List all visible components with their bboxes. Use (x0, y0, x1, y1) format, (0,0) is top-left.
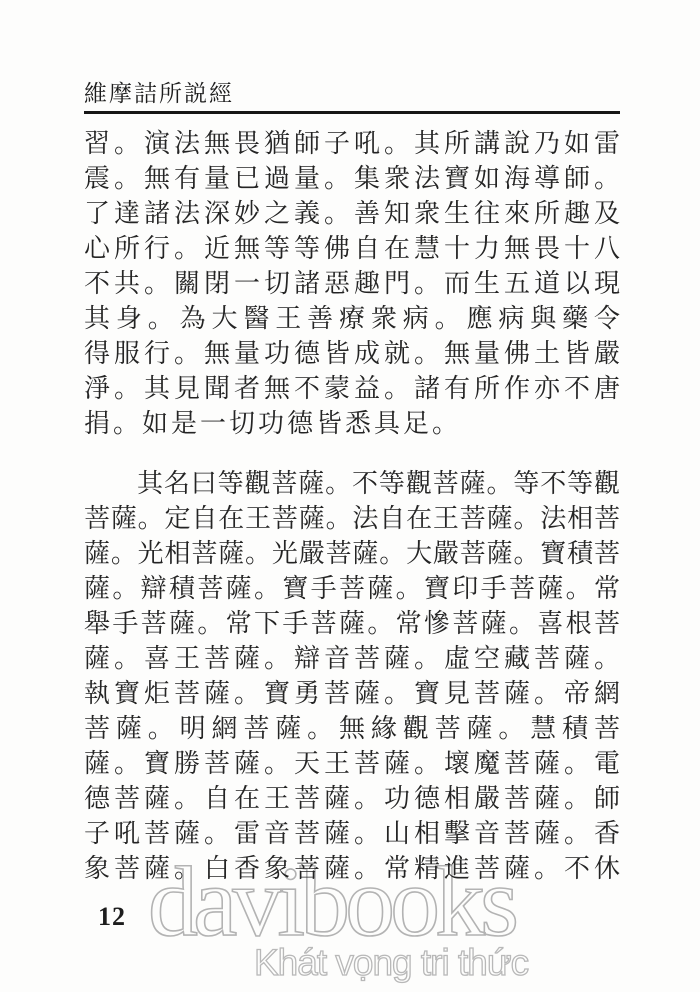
text-line: 菩薩。定自在王菩薩。法自在王菩薩。法相菩 (84, 501, 620, 536)
text-line: 象菩薩。白香象菩薩。常精進菩薩。不休 (84, 851, 620, 886)
running-header-title: 維摩詰所説經 (84, 80, 620, 114)
text-line: 不共。關閉一切諸惡趣門。而生五道以現 (84, 266, 620, 301)
text-line: 菩薩。明網菩薩。無緣觀菩薩。慧積菩 (84, 711, 620, 746)
text-line: 其身。為大醫王善療衆病。應病與藥令 (84, 301, 620, 336)
text-line: 習。演法無畏猶師子吼。其所講說乃如雷 (84, 126, 620, 161)
text-line: 捐。如是一切功德皆悉具足。 (84, 406, 620, 441)
text-line: 執寶炬菩薩。寶勇菩薩。寶見菩薩。帝網 (84, 676, 620, 711)
page-number: 12 (98, 902, 126, 932)
paragraph-1: 習。演法無畏猶師子吼。其所講說乃如雷 震。無有量已過量。集衆法寶如海導師。 了達… (84, 126, 620, 441)
text-line: 薩。喜王菩薩。辯音菩薩。虛空藏菩薩。 (84, 641, 620, 676)
text-line: 舉手菩薩。常下手菩薩。常慘菩薩。喜根菩 (84, 606, 620, 641)
body-text: 習。演法無畏猶師子吼。其所講說乃如雷 震。無有量已過量。集衆法寶如海導師。 了達… (84, 126, 620, 886)
paragraph-2: 其名曰等觀菩薩。不等觀菩薩。等不等觀 菩薩。定自在王菩薩。法自在王菩薩。法相菩 … (84, 466, 620, 886)
scanned-sutra-page: 維摩詰所説經 習。演法無畏猶師子吼。其所講說乃如雷 震。無有量已過量。集衆法寶如… (0, 0, 700, 992)
text-line: 心所行。近無等等佛自在慧十力無畏十八 (84, 231, 620, 266)
text-line: 淨。其見聞者無不蒙益。諸有所作亦不唐 (84, 371, 620, 406)
watermark-tagline-text: Khát vọng tri thức (254, 942, 528, 984)
text-line: 薩。寶勝菩薩。天王菩薩。壞魔菩薩。電 (84, 746, 620, 781)
text-line: 了達諸法深妙之義。善知衆生往來所趣及 (84, 196, 620, 231)
text-line: 得服行。無量功德皆成就。無量佛土皆嚴 (84, 336, 620, 371)
text-line: 其名曰等觀菩薩。不等觀菩薩。等不等觀 (84, 466, 620, 501)
text-line: 薩。辯積菩薩。寶手菩薩。寶印手菩薩。常 (84, 571, 620, 606)
text-line: 子吼菩薩。雷音菩薩。山相擊音菩薩。香 (84, 816, 620, 851)
text-line: 德菩薩。自在王菩薩。功德相嚴菩薩。師 (84, 781, 620, 816)
text-line: 薩。光相菩薩。光嚴菩薩。大嚴菩薩。寶積菩 (84, 536, 620, 571)
text-line: 震。無有量已過量。集衆法寶如海導師。 (84, 161, 620, 196)
